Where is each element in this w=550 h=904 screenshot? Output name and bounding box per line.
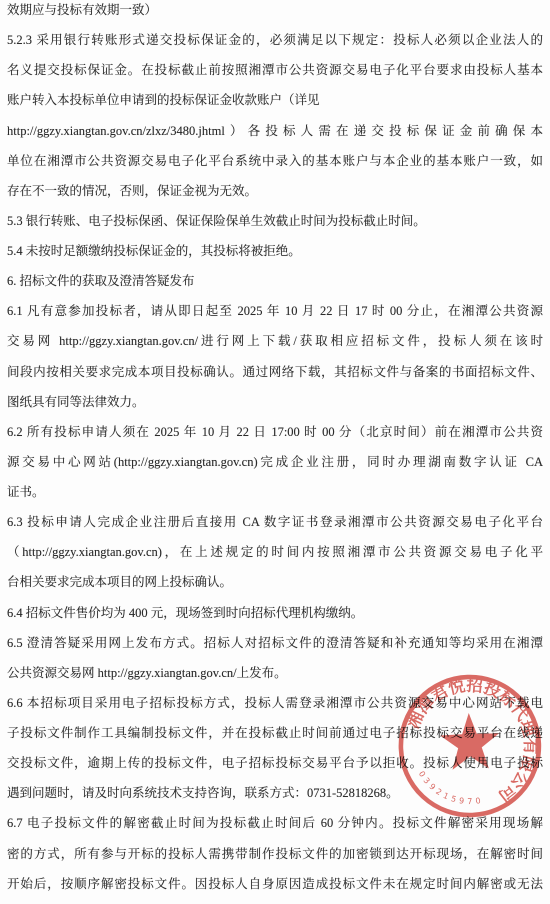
text-line: 存在不一致的情况，否则，保证金视为无效。 bbox=[7, 176, 543, 206]
text-line: 5.3 银行转账、电子投标保函、保证保险保单生效截止时间为投标截止时间。 bbox=[7, 206, 543, 236]
text-line: 遇到问题时，请及时向系统技术支持咨询，联系方式：0731-52818268。 bbox=[7, 778, 543, 808]
text-line: 6.2 所有投标申请人须在 2025 年 10 月 22 日 17:00 时 0… bbox=[7, 417, 543, 447]
text-line: 单位在湘潭市公共资源交易电子化平台系统中录入的基本账户与本企业的基本账户一致，如 bbox=[7, 146, 543, 176]
text-line: 公共资源交易网 http://ggzy.xiangtan.gov.cn/上发布。 bbox=[7, 658, 543, 688]
text-line: 子投标文件制作工具编制投标文件，并在投标截止时间前通过电子招标投标交易平台在线递 bbox=[7, 718, 543, 748]
document-body: 效期应与投标有效期一致）5.2.3 采用银行转账形式递交投标保证金的，必须满足以… bbox=[7, 0, 543, 899]
text-line: 6.3 投标申请人完成企业注册后直接用 CA 数字证书登录湘潭市公共资源交易电子… bbox=[7, 507, 543, 537]
text-line: 台相关要求完成本项目的网上投标确认。 bbox=[7, 567, 543, 597]
text-line: 间段内按相关要求完成本项目投标确认。通过网络下载，其招标文件与备案的书面招标文件… bbox=[7, 357, 543, 387]
text-line: 5.2.3 采用银行转账形式递交投标保证金的，必须满足以下规定：投标人必须以企业… bbox=[7, 25, 543, 55]
text-line: （http://ggzy.xiangtan.gov.cn)，在上述规定的时间内按… bbox=[7, 537, 543, 567]
text-line: 6.1 凡有意参加投标者，请从即日起至 2025 年 10 月 22 日 17 … bbox=[7, 296, 543, 326]
text-line: http://ggzy.xiangtan.gov.cn/zlxz/3480.jh… bbox=[7, 116, 543, 146]
text-line: 6.5 澄清答疑采用网上发布方式。招标人对招标文件的澄清答疑和补充通知等均采用在… bbox=[7, 628, 543, 658]
text-line: 交投标文件，逾期上传的投标文件，电子招标投标交易平台予以拒收。投标人使用电子投标 bbox=[7, 748, 543, 778]
text-line: 源交易中心网站(http://ggzy.xiangtan.gov.cn)完成企业… bbox=[7, 447, 543, 477]
text-line: 图纸具有同等法律效力。 bbox=[7, 387, 543, 417]
text-line: 账户转入本投标单位申请到的投标保证金收款账户（详见 bbox=[7, 85, 543, 115]
text-line: 开始后，按顺序解密投标文件。因投标人自身原因造成投标文件未在规定时间内解密或无法 bbox=[7, 869, 543, 899]
text-line: 密的方式，所有参与开标的投标人需携带制作投标文件的加密锁到达开标现场，在解密时间 bbox=[7, 839, 543, 869]
document-page: 效期应与投标有效期一致）5.2.3 采用银行转账形式递交投标保证金的，必须满足以… bbox=[0, 0, 550, 904]
text-line: 6.6 本招标项目采用电子招标投标方式，投标人需登录湘潭市公共资源交易中心网站下… bbox=[7, 688, 543, 718]
text-line: 5.4 未按时足额缴纳投标保证金的，其投标将被拒绝。 bbox=[7, 236, 543, 266]
text-line: 交易网 http://ggzy.xiangtan.gov.cn/进行网上下载/获… bbox=[7, 326, 543, 356]
text-line: 6.7 电子投标文件的解密截止时间为投标截止时间后 60 分钟内。投标文件解密采… bbox=[7, 808, 543, 838]
text-line: 6. 招标文件的获取及澄清答疑发布 bbox=[7, 266, 543, 296]
text-line: 6.4 招标文件售价均为 400 元，现场签到时向招标代理机构缴纳。 bbox=[7, 598, 543, 628]
text-line: 证书。 bbox=[7, 477, 543, 507]
text-line: 效期应与投标有效期一致） bbox=[7, 0, 543, 25]
text-line: 名义提交投标保证金。在投标截止前按照湘潭市公共资源交易电子化平台要求由投标人基本 bbox=[7, 55, 543, 85]
